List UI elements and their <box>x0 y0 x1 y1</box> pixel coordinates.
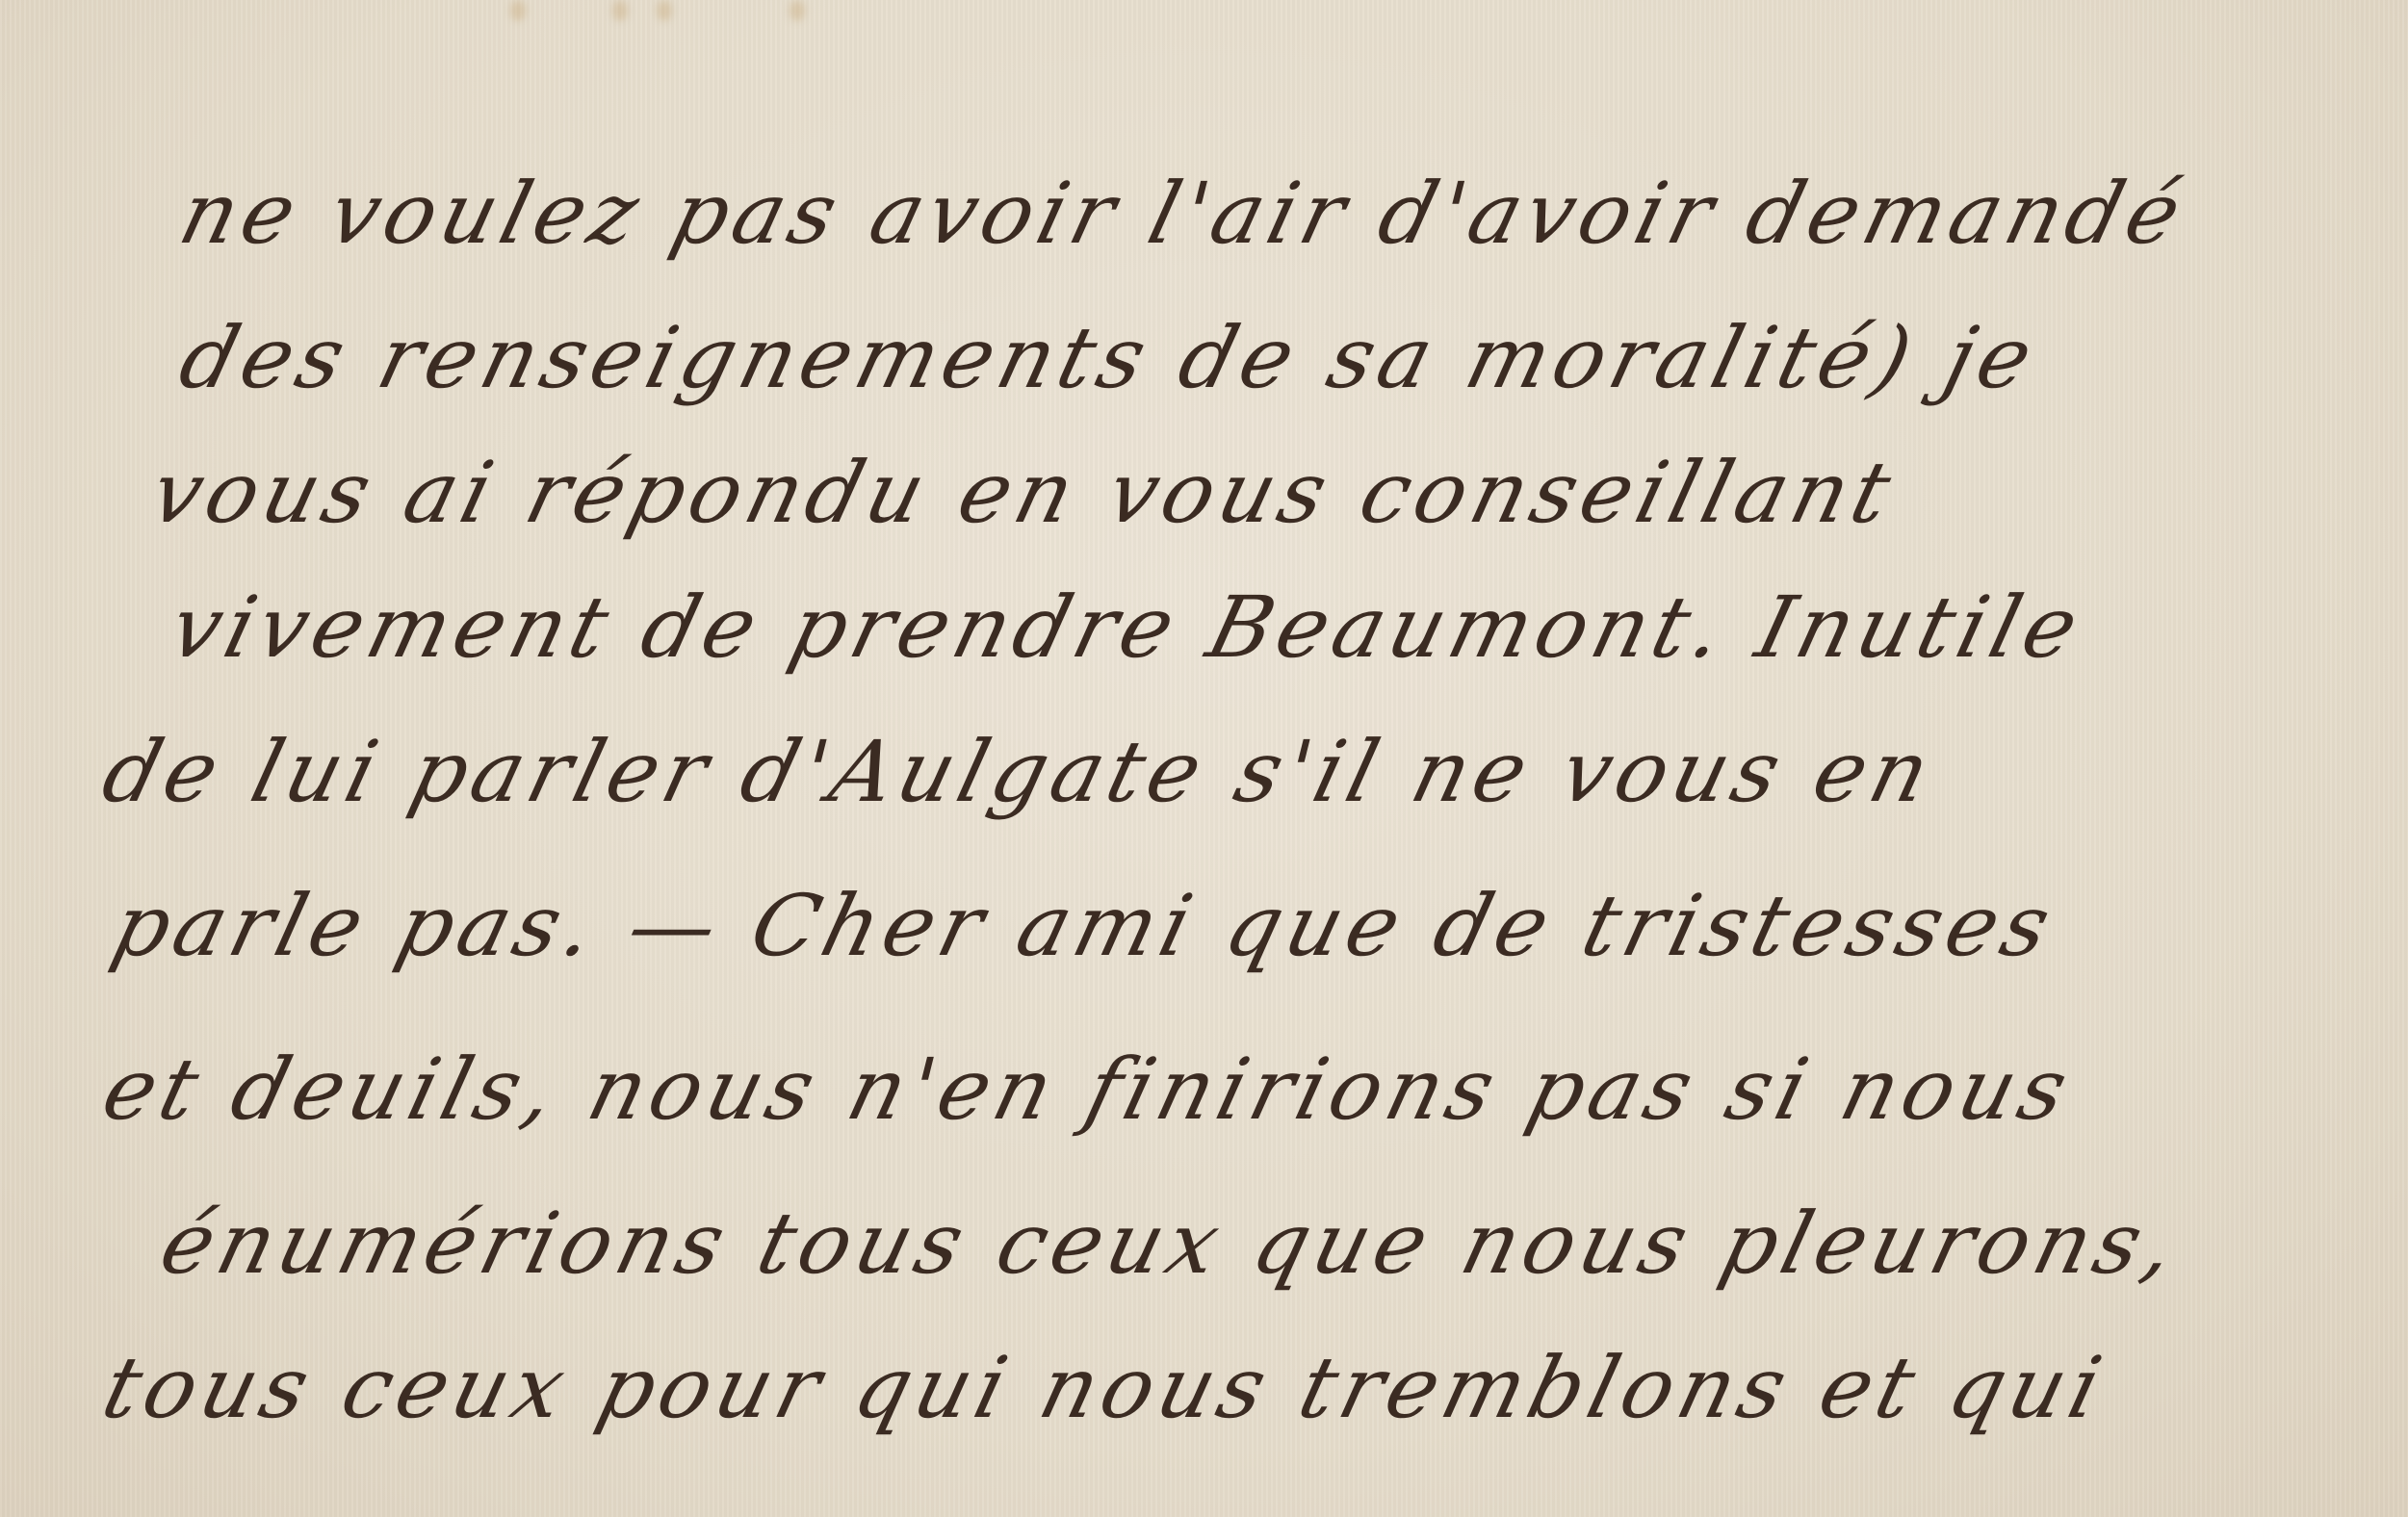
handwritten-line-2: des renseignements de sa moralité) je <box>170 308 2048 407</box>
paper-stain <box>612 0 628 21</box>
handwritten-line-5: de lui parler d'Aulgate s'il ne vous en <box>93 722 1945 821</box>
paper-stain <box>657 0 672 21</box>
paper-stain <box>790 0 805 21</box>
letter-page: ne voulez pas avoir l'air d'avoir demand… <box>0 0 2408 1517</box>
handwritten-line-6: parle pas. — Cher ami que de tristesses <box>103 876 2065 975</box>
handwritten-line-1: ne voulez pas avoir l'air d'avoir demand… <box>170 164 2196 263</box>
handwritten-line-9: tous ceux pour qui nous tremblons et qui <box>93 1338 2116 1437</box>
handwritten-line-8: énumérions tous ceux que nous pleurons, <box>151 1194 2190 1293</box>
handwritten-line-7: et deuils, nous n'en finirions pas si no… <box>93 1040 2083 1139</box>
paper-stain <box>510 0 526 21</box>
handwritten-line-3: vous ai répondu en vous conseillant <box>142 443 1905 542</box>
handwritten-line-4: vivement de prendre Beaumont. Inutile <box>161 578 2093 677</box>
